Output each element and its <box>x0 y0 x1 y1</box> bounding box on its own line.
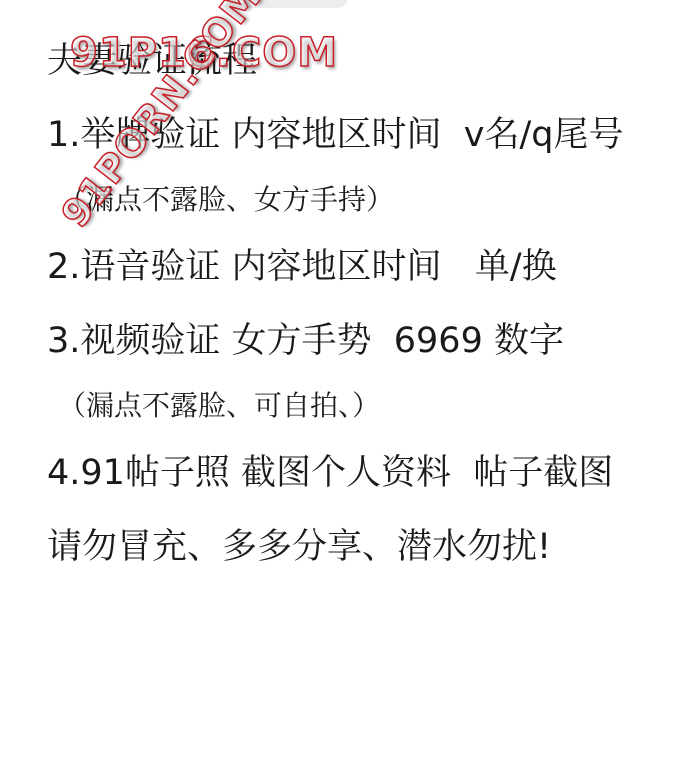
step-2-voice-verification: 2.语音验证 内容地区时间 单/换 <box>47 250 557 285</box>
step-1-note: （漏点不露脸、女方手持） <box>58 186 394 214</box>
closing-reminder: 请勿冒充、多多分享、潜水勿扰! <box>47 530 551 565</box>
step-4-post-photo: 4.91帖子照 截图个人资料 帖子截图 <box>47 456 613 491</box>
note-title: 夫妻验证流程 <box>47 44 257 79</box>
step-3-video-verification: 3.视频验证 女方手势 6969 数字 <box>47 324 564 359</box>
note-content: 夫妻验证流程 1.举牌验证 内容地区时间 v名/q尾号 （漏点不露脸、女方手持）… <box>0 0 700 763</box>
step-3-note: （漏点不露脸、可自拍、） <box>58 392 380 420</box>
step-1-sign-verification: 1.举牌验证 内容地区时间 v名/q尾号 <box>47 118 624 153</box>
